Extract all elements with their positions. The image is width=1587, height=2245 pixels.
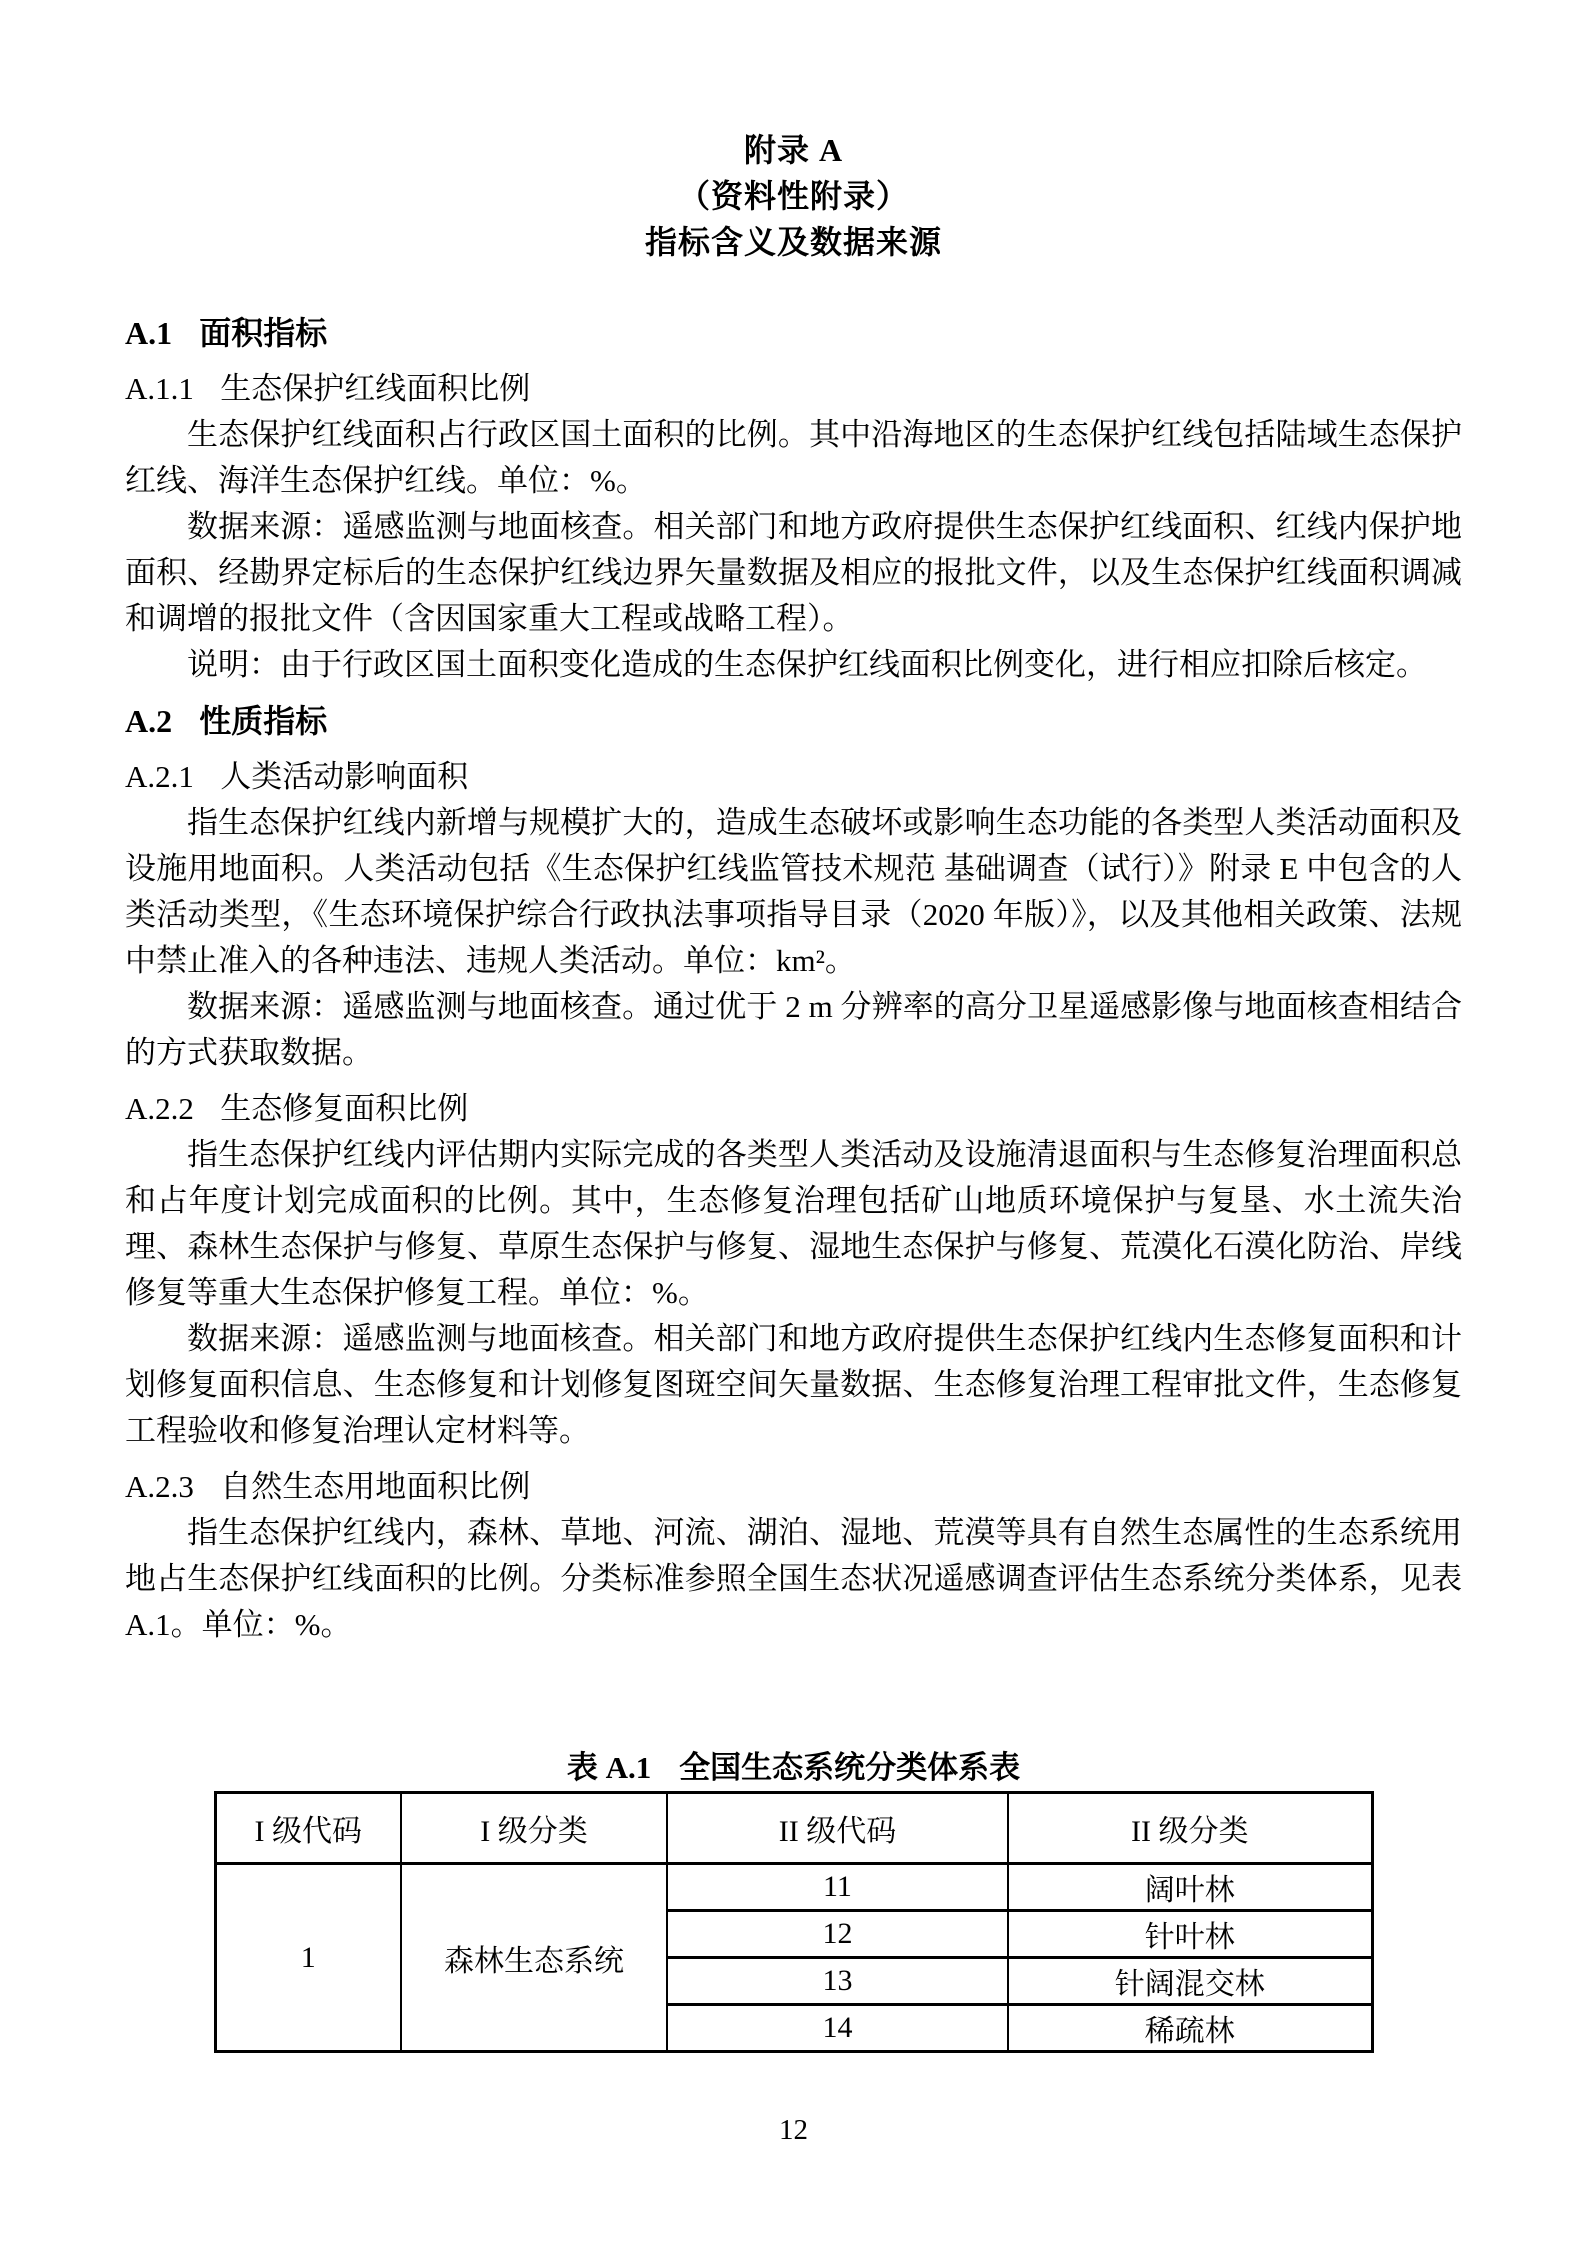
section-title: 面积指标 [199,315,327,351]
section-heading-a1: A.1面积指标 [125,310,1462,356]
table-cell-level2-name: 稀疏林 [1008,2005,1372,2052]
table-cell-level2-code: 14 [667,2005,1008,2052]
section-heading-a1-1: A.1.1生态保护红线面积比例 [125,366,1462,412]
table-header-row: I 级代码 I 级分类 II 级代码 II 级分类 [215,1793,1372,1864]
section-title: 人类活动影响面积 [220,759,468,794]
table-header-level1-class: I 级分类 [401,1793,667,1864]
paragraph-a2-1-definition: 指生态保护红线内新增与规模扩大的，造成生态破坏或影响生态功能的各类型人类活动面积… [125,800,1462,984]
paragraph-a1-1-note: 说明：由于行政区国土面积变化造成的生态保护红线面积比例变化，进行相应扣除后核定。 [125,642,1462,688]
table-cell-level2-code: 11 [667,1864,1008,1911]
section-title: 生态保护红线面积比例 [220,371,530,406]
table-cell-level2-name: 针叶林 [1008,1911,1372,1958]
section-number: A.1 [125,315,172,351]
paragraph-a2-3-definition: 指生态保护红线内，森林、草地、河流、湖泊、湿地、荒漠等具有自然生态属性的生态系统… [125,1510,1462,1648]
table-row: 1 森林生态系统 11 阔叶林 [215,1864,1372,1911]
section-heading-a2: A.2性质指标 [125,698,1462,744]
paragraph-a2-2-definition: 指生态保护红线内评估期内实际完成的各类型人类活动及设施清退面积与生态修复治理面积… [125,1132,1462,1316]
table-cell-level2-code: 12 [667,1911,1008,1958]
section-number: A.2.1 [125,759,194,794]
table-cell-level2-code: 13 [667,1958,1008,2005]
section-number: A.1.1 [125,371,194,406]
paragraph-a1-1-data-source: 数据来源：遥感监测与地面核查。相关部门和地方政府提供生态保护红线面积、红线内保护… [125,504,1462,642]
document-page: 附录 A （资料性附录） 指标含义及数据来源 A.1面积指标 A.1.1生态保护… [0,0,1587,2245]
table-cell-level1-code: 1 [215,1864,401,2052]
appendix-heading: 附录 A [0,127,1587,173]
page-number: 12 [0,2107,1587,2153]
document-title: 指标含义及数据来源 [0,219,1587,265]
section-number: A.2 [125,703,172,739]
front-titles: 附录 A （资料性附录） 指标含义及数据来源 [0,127,1587,265]
paragraph-a2-1-data-source: 数据来源：遥感监测与地面核查。通过优于 2 m 分辨率的高分卫星遥感影像与地面核… [125,984,1462,1076]
table-cell-level1-name: 森林生态系统 [401,1864,667,2052]
table-caption-label: 表 A.1 [567,1750,651,1785]
body-text-block: A.1面积指标 A.1.1生态保护红线面积比例 生态保护红线面积占行政区国土面积… [125,300,1462,1648]
section-number: A.2.3 [125,1469,194,1504]
table-header-level2-class: II 级分类 [1008,1793,1372,1864]
ecosystem-classification-table: I 级代码 I 级分类 II 级代码 II 级分类 1 森林生态系统 11 阔叶… [214,1791,1374,2053]
section-heading-a2-3: A.2.3自然生态用地面积比例 [125,1464,1462,1510]
section-heading-a2-1: A.2.1人类活动影响面积 [125,754,1462,800]
paragraph-a2-2-data-source: 数据来源：遥感监测与地面核查。相关部门和地方政府提供生态保护红线内生态修复面积和… [125,1316,1462,1454]
table-caption: 表 A.1全国生态系统分类体系表 [0,1745,1587,1791]
table-header-level2-code: II 级代码 [667,1793,1008,1864]
section-title: 自然生态用地面积比例 [220,1469,530,1504]
table-cell-level2-name: 阔叶林 [1008,1864,1372,1911]
table-cell-level2-name: 针阔混交林 [1008,1958,1372,2005]
section-number: A.2.2 [125,1091,194,1126]
table-caption-title: 全国生态系统分类体系表 [679,1750,1020,1785]
section-title: 性质指标 [199,703,327,739]
section-heading-a2-2: A.2.2生态修复面积比例 [125,1086,1462,1132]
section-title: 生态修复面积比例 [220,1091,468,1126]
appendix-type-subheading: （资料性附录） [0,173,1587,219]
table-header-level1-code: I 级代码 [215,1793,401,1864]
table-area: 表 A.1全国生态系统分类体系表 I 级代码 I 级分类 II 级代码 II 级… [0,1745,1587,2053]
paragraph-a1-1-definition: 生态保护红线面积占行政区国土面积的比例。其中沿海地区的生态保护红线包括陆域生态保… [125,412,1462,504]
